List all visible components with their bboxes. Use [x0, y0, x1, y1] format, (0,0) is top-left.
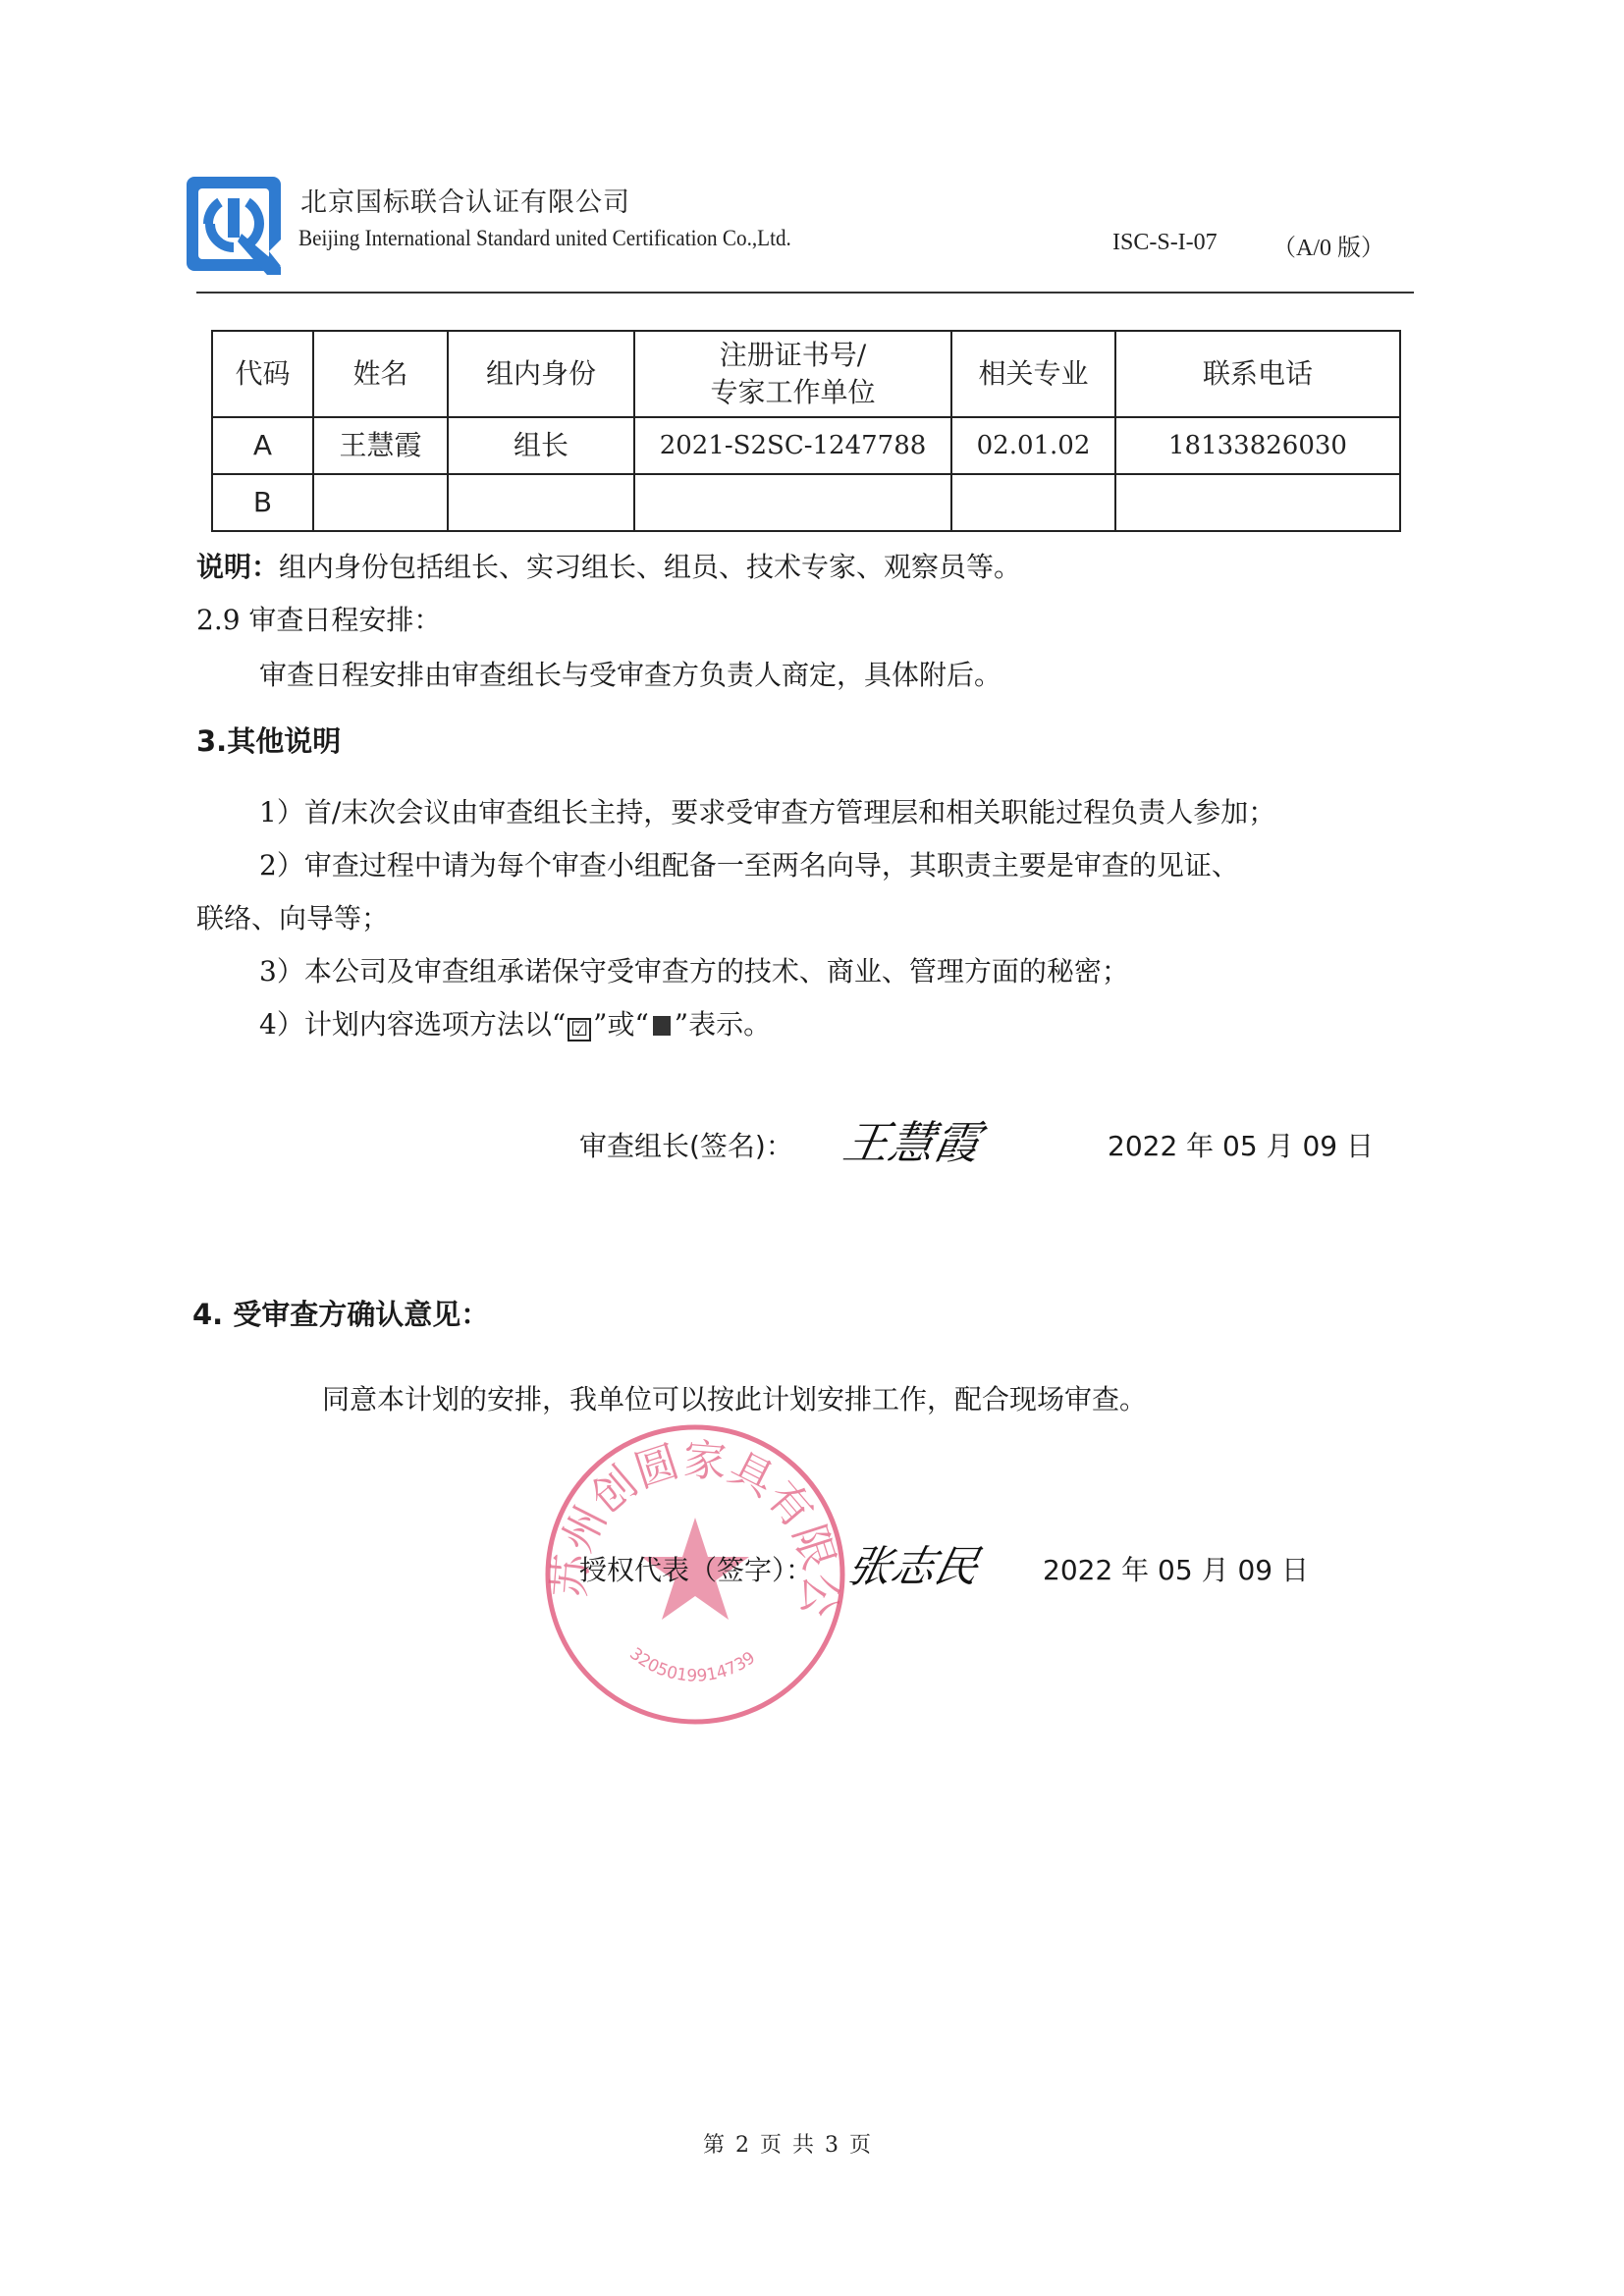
leader-signature-label: 审查组长(签名)：: [579, 1125, 793, 1164]
representative-handwritten-signature: 张志民: [842, 1531, 986, 1594]
cell-name: [313, 474, 448, 531]
cell-cert-no: [634, 474, 951, 531]
header-code: 代码: [212, 331, 313, 417]
item-4-suffix: ”表示。: [675, 1008, 771, 1041]
header-role: 组内身份: [448, 331, 634, 417]
header-work-unit: 专家工作单位: [635, 374, 950, 411]
item-4-prefix: 4）计划内容选项方法以“: [259, 1008, 566, 1041]
section-3-item-2: 2）审查过程中请为每个审查小组配备一至两名向导，其职责主要是审查的见证、: [259, 844, 1239, 883]
company-logo-icon: [183, 173, 285, 275]
leader-signature-date: 2022 年 05 月 09 日: [1108, 1125, 1374, 1164]
representative-signature-date: 2022 年 05 月 09 日: [1043, 1549, 1309, 1588]
company-name-cn: 北京国标联合认证有限公司: [300, 181, 630, 219]
cell-role: 组长: [448, 417, 634, 474]
cell-role: [448, 474, 634, 531]
header-cert-no: 注册证书号/: [635, 337, 950, 374]
table-row: A 王慧霞 组长 2021-S2SC-1247788 02.01.02 1813…: [212, 417, 1400, 474]
section-3-item-3: 3）本公司及审查组承诺保守受审查方的技术、商业、管理方面的秘密；: [259, 950, 1129, 989]
section-4-title: 4. 受审查方确认意见：: [192, 1293, 489, 1333]
header-specialty: 相关专业: [951, 331, 1115, 417]
cell-specialty: [951, 474, 1115, 531]
cell-phone: [1115, 474, 1400, 531]
header-divider: [196, 292, 1414, 294]
audit-team-table: 代码 姓名 组内身份 注册证书号/ 专家工作单位 相关专业 联系电话 A 王慧霞…: [211, 330, 1401, 532]
leader-handwritten-signature: 王慧霞: [839, 1107, 986, 1172]
section-3-item-1: 1）首/末次会议由审查组长主持，要求受审查方管理层和相关职能过程负责人参加；: [259, 791, 1275, 830]
company-name-en: Beijing International Standard united Ce…: [298, 226, 791, 251]
cell-code: B: [212, 474, 313, 531]
document-version: （A/0 版）: [1272, 228, 1384, 262]
section-4-body: 同意本计划的安排，我单位可以按此计划安排工作，配合现场审查。: [322, 1378, 1147, 1417]
section-2-9-body: 审查日程安排由审查组长与受审查方负责人商定，具体附后。: [259, 654, 1001, 693]
section-2-9-title: 2.9 审查日程安排：: [196, 599, 441, 638]
document-code: ISC-S-I-07: [1112, 230, 1218, 256]
representative-signature-label: 授权代表（签字）：: [579, 1549, 813, 1588]
item-4-mid: ”或“: [593, 1008, 649, 1041]
table-note: 说明：组内身份包括组长、实习组长、组员、技术专家、观察员等。: [196, 546, 1021, 585]
section-3-item-2-cont: 联络、向导等；: [196, 897, 389, 936]
header-phone: 联系电话: [1115, 331, 1400, 417]
header-name: 姓名: [313, 331, 448, 417]
checkbox-checked-icon: ☑: [568, 1018, 591, 1041]
cell-code: A: [212, 417, 313, 474]
note-label: 说明：: [196, 551, 279, 583]
table-row: B: [212, 474, 1400, 531]
stamp-number-text: 3205019914739: [625, 1644, 759, 1686]
note-text: 组内身份包括组长、实习组长、组员、技术专家、观察员等。: [279, 551, 1021, 583]
header-cert-unit: 注册证书号/ 专家工作单位: [634, 331, 951, 417]
section-3-title: 3.其他说明: [196, 720, 341, 760]
filled-square-icon: [653, 1016, 671, 1036]
section-3-item-4: 4）计划内容选项方法以“☑”或“”表示。: [259, 1003, 771, 1042]
table-header-row: 代码 姓名 组内身份 注册证书号/ 专家工作单位 相关专业 联系电话: [212, 331, 1400, 417]
cell-cert-no: 2021-S2SC-1247788: [634, 417, 951, 474]
page-number: 第 2 页 共 3 页: [703, 2128, 873, 2159]
cell-name: 王慧霞: [313, 417, 448, 474]
cell-phone: 18133826030: [1115, 417, 1400, 474]
cell-specialty: 02.01.02: [951, 417, 1115, 474]
